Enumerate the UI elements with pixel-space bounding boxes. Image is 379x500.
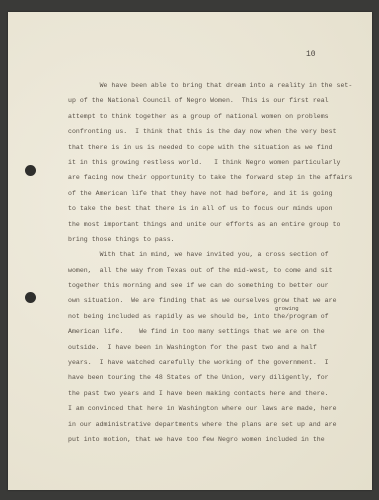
punch-hole-top [25,165,36,176]
text-line: the most important things and unite our … [68,217,348,232]
text-line: bring those things to pass. [68,232,348,247]
text-line: confronting us. I think that this is the… [68,124,348,139]
page-number: 10 [306,50,316,59]
text-line: to take the best that there is in all of… [68,201,348,216]
text-line: attempt to think together as a group of … [68,109,348,124]
text-line: it in this growing restless world. I thi… [68,155,348,170]
text-line: have been touring the 48 States of the U… [68,370,348,385]
text-line: that there is in us is needed to cope wi… [68,140,348,155]
text-line: years. I have watched carefully the work… [68,355,348,370]
text-line: I am convinced that here in Washington w… [68,401,348,416]
text-line: the past two years and I have been makin… [68,386,348,401]
text-line: With that in mind, we have invited you, … [68,247,348,262]
text-line: of the American life that they have not … [68,186,348,201]
punch-hole-bottom [25,292,36,303]
text-line: in our administrative departments where … [68,417,348,432]
text-line: outside. I have been in Washington for t… [68,340,348,355]
typewritten-body: We have been able to bring that dream in… [68,78,348,447]
text-line: up of the National Council of Negro Wome… [68,93,348,108]
text-line: American life. We find in too many setti… [68,324,348,339]
text-line: put into motion, that we have too few Ne… [68,432,348,447]
text-line: are facing now their opportunity to take… [68,170,348,185]
document-page: 10 We have been able to bring that dream… [8,12,372,490]
text-line: not being included as rapidly as we shou… [68,309,348,324]
text-line: own situation. We are finding that as we… [68,293,348,308]
text-line: women, all the way from Texas out of the… [68,263,348,278]
text-line: We have been able to bring that dream in… [68,78,348,93]
text-line: together this morning and see if we can … [68,278,348,293]
